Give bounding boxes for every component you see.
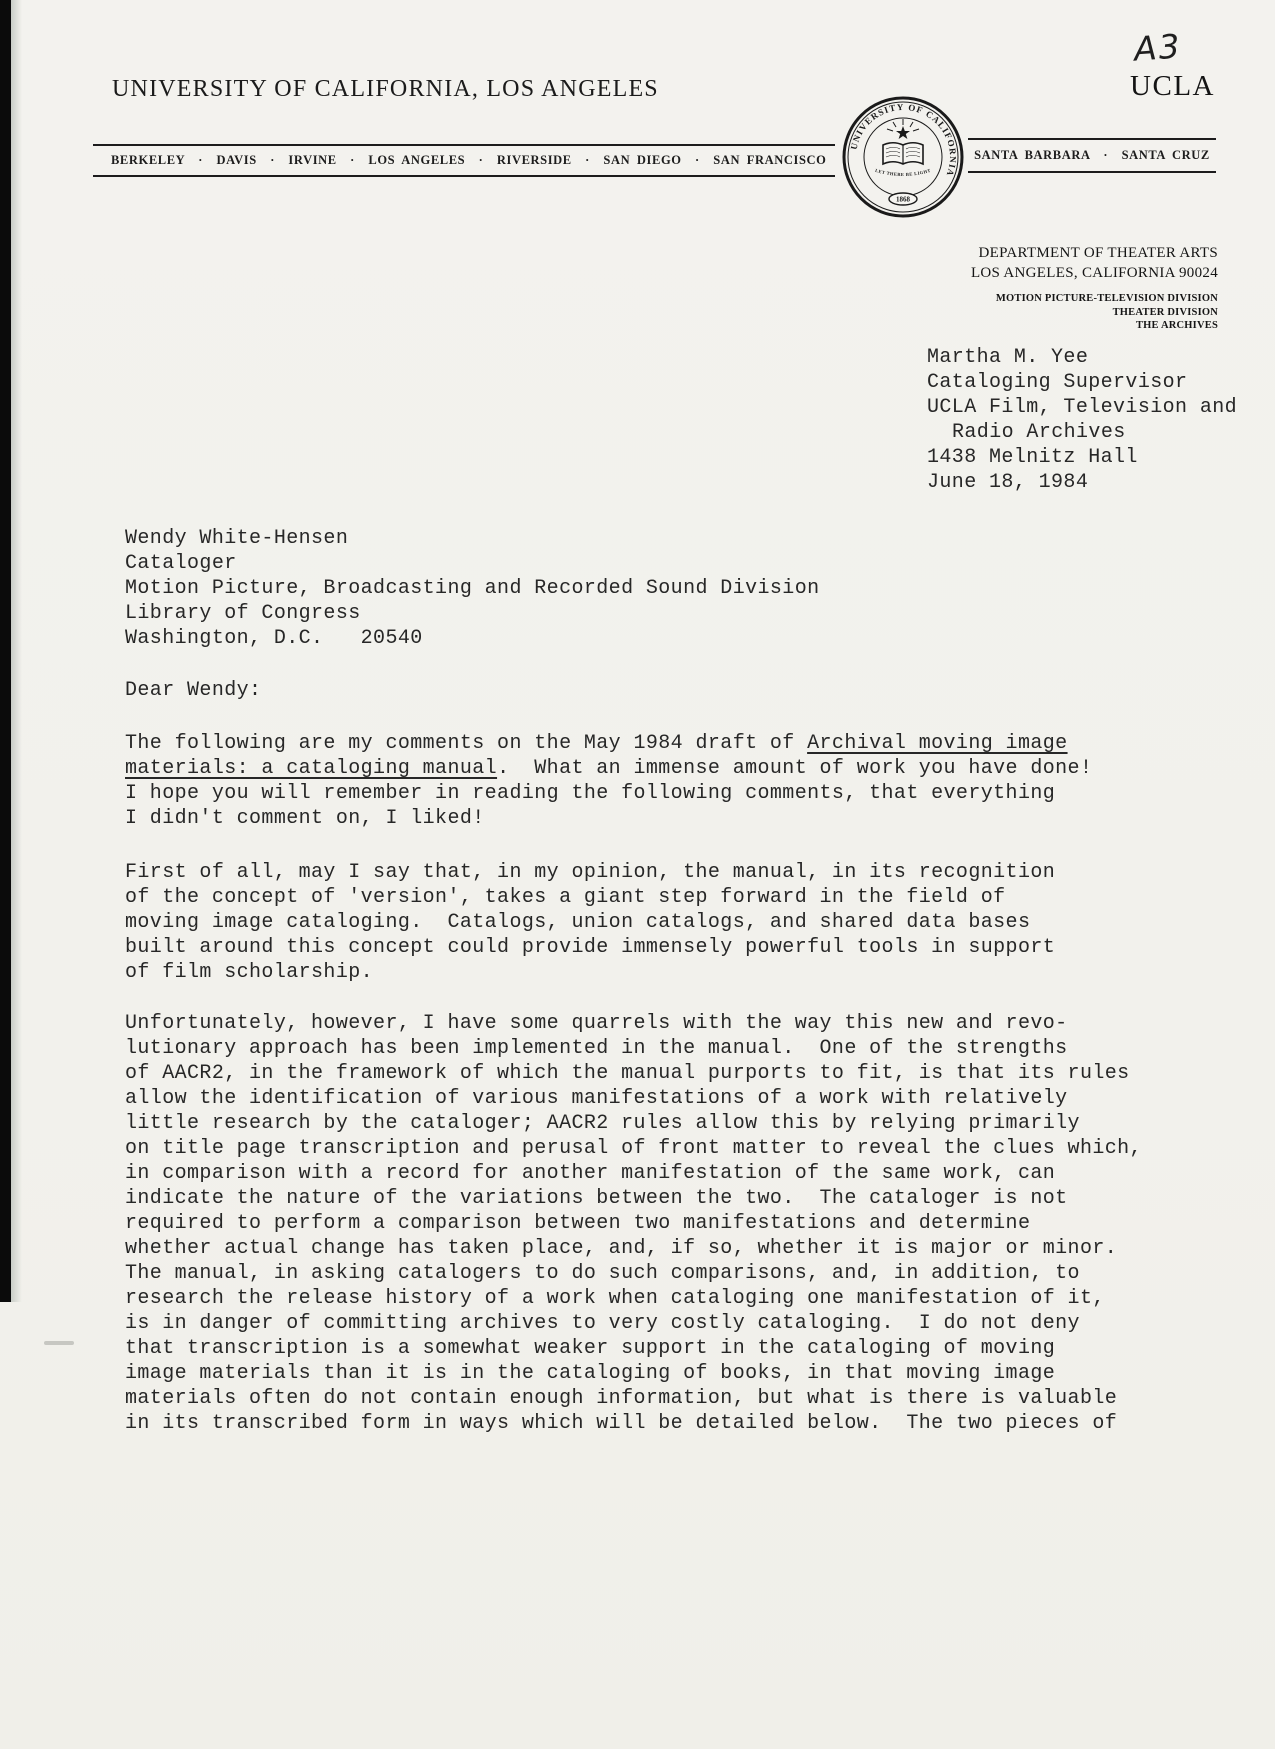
letter-line: is in danger of committing archives to v… [125,1311,1142,1336]
letter-line: The following are my comments on the May… [125,731,1092,756]
campus-list-left-text: BERKELEY · DAVIS · IRVINE · LOS ANGELES … [111,153,827,168]
campus-list-right-text: SANTA BARBARA · SANTA CRUZ [974,148,1210,163]
letter-line: I hope you will remember in reading the … [125,781,1092,806]
letter-line: on title page transcription and perusal … [125,1136,1142,1161]
letter-line: of film scholarship. [125,960,1055,985]
underlined-title-text: materials: a cataloging manual [125,757,497,780]
campus-list-left: BERKELEY · DAVIS · IRVINE · LOS ANGELES … [93,144,835,177]
salutation: Dear Wendy: [125,678,261,703]
letter-line: image materials than it is in the catalo… [125,1361,1142,1386]
letter-line: indicate the nature of the variations be… [125,1186,1142,1211]
ucla-wordmark: UCLA [1130,70,1215,103]
recipient-block: Wendy White-Hensen Cataloger Motion Pict… [125,526,820,651]
scan-edge-shadow [11,0,22,1302]
paragraph-1: The following are my comments on the May… [125,731,1092,831]
letter-line: moving image cataloging. Catalogs, union… [125,910,1055,935]
letter-line: materials: a cataloging manual. What an … [125,756,1092,781]
scan-edge-artifact [0,0,11,1302]
line-text: The following are my comments on the May… [125,732,807,755]
letter-line: of the concept of 'version', takes a gia… [125,885,1055,910]
sender-block: Martha M. Yee Cataloging Supervisor UCLA… [927,345,1237,495]
recipient-org: Library of Congress [125,601,820,626]
sender-org-line: UCLA Film, Television and [927,395,1237,420]
letter-line: materials often do not contain enough in… [125,1386,1142,1411]
letter-line: required to perform a comparison between… [125,1211,1142,1236]
sender-org-line: Radio Archives [927,420,1237,445]
recipient-title: Cataloger [125,551,820,576]
recipient-city: Washington, D.C. 20540 [125,626,820,651]
letter-line: in its transcribed form in ways which wi… [125,1411,1142,1436]
handwritten-note: A3 [1133,26,1183,68]
letter-line: that transcription is a somewhat weaker … [125,1336,1142,1361]
seal-year-text: 1868 [896,196,911,204]
line-text: . What an immense amount of work you hav… [497,757,1092,780]
letter-line: I didn't comment on, I liked! [125,806,1092,831]
sender-title: Cataloging Supervisor [927,370,1237,395]
letter-line: built around this concept could provide … [125,935,1055,960]
letter-line: First of all, may I say that, in my opin… [125,860,1055,885]
sender-address: 1438 Melnitz Hall [927,445,1237,470]
underlined-title-text: Archival moving image [807,732,1067,755]
department-city: LOS ANGELES, CALIFORNIA 90024 [971,263,1218,283]
letter-line: The manual, in asking catalogers to do s… [125,1261,1142,1286]
letter-line: little research by the cataloger; AACR2 … [125,1111,1142,1136]
division-line: THE ARCHIVES [971,319,1218,333]
letter-date: June 18, 1984 [927,470,1237,495]
letter-line: in comparison with a record for another … [125,1161,1142,1186]
sender-name: Martha M. Yee [927,345,1237,370]
university-seal-icon: THE UNIVERSITY OF CALIFORNIA LET THERE B… [841,95,965,219]
letter-line: of AACR2, in the framework of which the … [125,1061,1142,1086]
letter-line: allow the identification of various mani… [125,1086,1142,1111]
recipient-division: Motion Picture, Broadcasting and Recorde… [125,576,820,601]
recipient-name: Wendy White-Hensen [125,526,820,551]
paragraph-2: First of all, may I say that, in my opin… [125,860,1055,985]
seal-star [896,126,910,139]
letter-line: whether actual change has taken place, a… [125,1236,1142,1261]
seal-motto-text: LET THERE BE LIGHT [875,168,932,177]
letter-line: research the release history of a work w… [125,1286,1142,1311]
university-title: UNIVERSITY OF CALIFORNIA, LOS ANGELES [112,76,659,103]
division-line: THEATER DIVISION [971,306,1218,320]
letter-line: lutionary approach has been implemented … [125,1036,1142,1061]
scan-dash-artifact [44,1341,74,1345]
scanned-letter-page: A3 UNIVERSITY OF CALIFORNIA, LOS ANGELES… [0,0,1275,1749]
division-line: MOTION PICTURE-TELEVISION DIVISION [971,292,1218,306]
department-address-block: DEPARTMENT OF THEATER ARTS LOS ANGELES, … [971,243,1218,333]
svg-text:LET THERE BE LIGHT: LET THERE BE LIGHT [875,168,932,177]
letter-line: Unfortunately, however, I have some quar… [125,1011,1142,1036]
paragraph-3: Unfortunately, however, I have some quar… [125,1011,1142,1436]
department-name: DEPARTMENT OF THEATER ARTS [971,243,1218,263]
campus-list-right: SANTA BARBARA · SANTA CRUZ [968,138,1216,173]
